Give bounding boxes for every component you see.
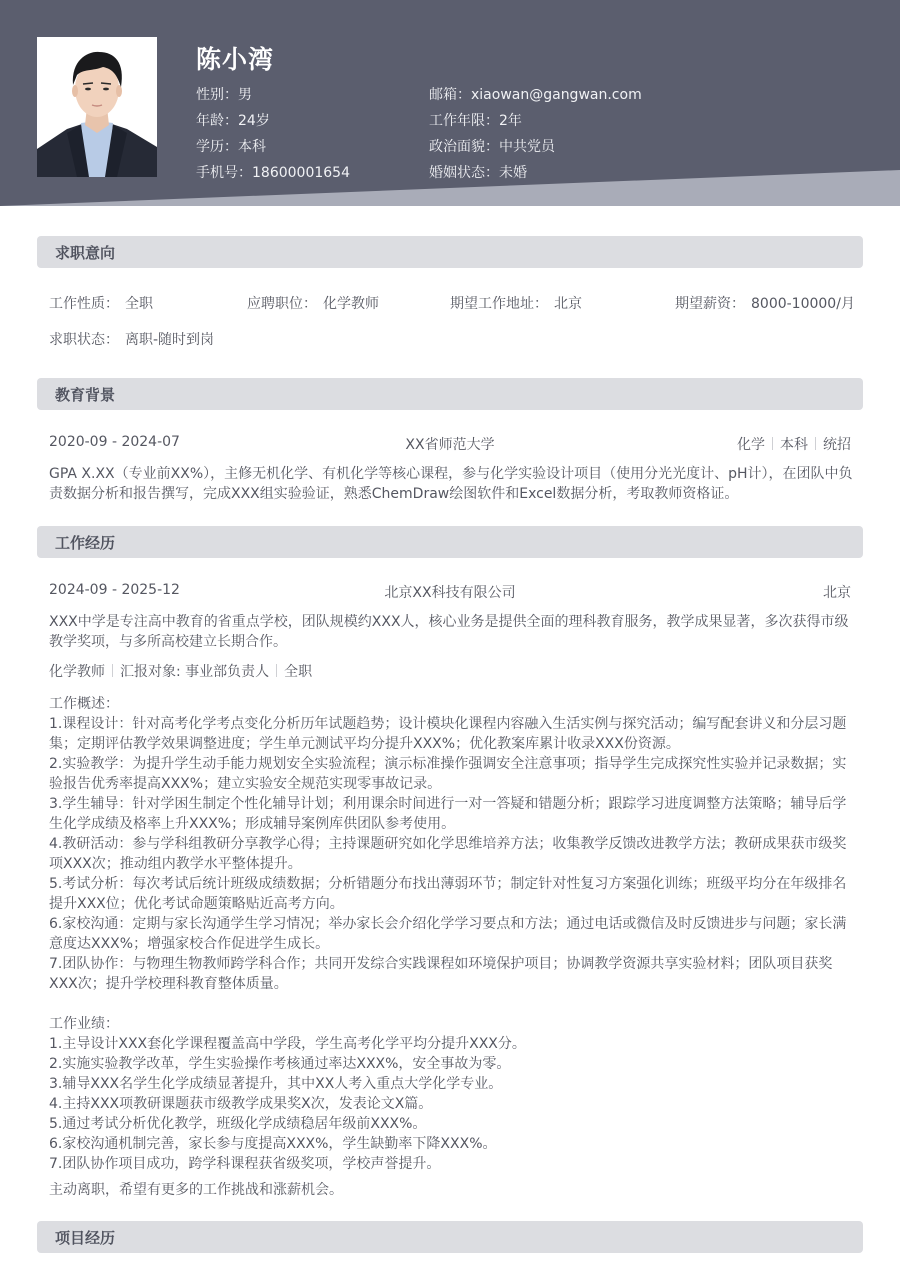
achievement-item: 1.主导设计XXX套化学课程覆盖高中学段，学生高考化学平均分提升XXX分。 xyxy=(49,1034,855,1054)
intent-job-type: 工作性质全职 xyxy=(49,293,153,313)
tag-major: 化学 xyxy=(737,437,765,453)
work-entry-header: 2024-09 - 2025-12 北京XX科技有限公司 北京 xyxy=(49,582,851,602)
info-phone: 手机号18600001654 xyxy=(196,162,350,182)
work-location: 北京 xyxy=(823,582,851,602)
overview-item: 3.学生辅导：针对学困生制定个性化辅导计划；利用课余时间进行一对一答疑和错题分析… xyxy=(49,794,855,834)
work-tags: 化学教师汇报对象: 事业部负责人全职 xyxy=(49,661,312,681)
section-title: 教育背景 xyxy=(55,384,115,405)
overview-item: 2.实验教学：为提升学生动手能力规划安全实验流程；演示标准操作强调安全注意事项；… xyxy=(49,754,855,794)
education-entry-header: 2020-09 - 2024-07 XX省师范大学 化学本科统招 xyxy=(49,434,851,454)
overview-item: 5.考试分析：每次考试后统计班级成绩数据；分析错题分布找出薄弱环节；制定针对性复… xyxy=(49,874,855,914)
tag-report-to: 汇报对象: 事业部负责人 xyxy=(105,664,269,680)
education-school: XX省师范大学 xyxy=(49,434,851,454)
work-details: 工作概述： 1.课程设计：针对高考化学考点变化分析历年试题趋势；设计模块化课程内… xyxy=(49,694,855,1200)
portrait-icon xyxy=(37,37,157,177)
company-intro: XXX中学是专注高中教育的省重点学校，团队规模约XXX人，核心业务是提供全面的理… xyxy=(49,612,855,652)
achievement-item: 2.实施实验教学改革，学生实验操作考核通过率达XXX%，安全事故为零。 xyxy=(49,1054,855,1074)
info-age: 年龄24岁 xyxy=(196,110,270,130)
section-job-intent: 求职意向 xyxy=(37,236,863,268)
section-education: 教育背景 xyxy=(37,378,863,410)
candidate-name: 陈小湾 xyxy=(196,40,274,76)
achievement-item: 4.主持XXX项教研课题获市级教学成果奖X次，发表论文X篇。 xyxy=(49,1094,855,1114)
section-title: 项目经历 xyxy=(55,1227,115,1248)
tag-enrollment: 统招 xyxy=(808,437,851,453)
achievements-title: 工作业绩： xyxy=(49,1014,855,1034)
intent-salary: 期望薪资8000-10000/月 xyxy=(675,293,855,313)
education-tags: 化学本科统招 xyxy=(737,434,851,454)
spacer xyxy=(49,994,855,1014)
intent-location: 期望工作地址北京 xyxy=(450,293,582,313)
leave-reason: 主动离职，希望有更多的工作挑战和涨薪机会。 xyxy=(49,1180,855,1200)
info-marital-status: 婚姻状态未婚 xyxy=(429,162,527,182)
overview-item: 6.家校沟通：定期与家长沟通学生学习情况；举办家长会介绍化学学习要点和方法；通过… xyxy=(49,914,855,954)
overview-item: 4.教研活动：参与学科组教研分享教学心得；主持课题研究如化学思维培养方法；收集教… xyxy=(49,834,855,874)
overview-item: 1.课程设计：针对高考化学考点变化分析历年试题趋势；设计模块化课程内容融入生活实… xyxy=(49,714,855,754)
education-description: GPA X.XX（专业前XX%），主修无机化学、有机化学等核心课程，参与化学实验… xyxy=(49,464,855,504)
info-email: 邮箱xiaowan@gangwan.com xyxy=(429,84,642,104)
info-gender: 性别男 xyxy=(196,84,252,104)
profile-photo xyxy=(37,37,157,177)
achievement-item: 6.家校沟通机制完善，家长参与度提高XXX%，学生缺勤率下降XXX%。 xyxy=(49,1134,855,1154)
intent-position: 应聘职位化学教师 xyxy=(247,293,379,313)
section-projects: 项目经历 xyxy=(37,1221,863,1253)
info-work-years: 工作年限2年 xyxy=(429,110,522,130)
resume-header: 陈小湾 性别男 年龄24岁 学历本科 手机号18600001654 邮箱xiao… xyxy=(0,0,900,206)
tag-role: 化学教师 xyxy=(49,664,105,680)
achievement-item: 7.团队协作项目成功，跨学科课程获省级奖项，学校声誉提升。 xyxy=(49,1154,855,1174)
achievement-item: 3.辅导XXX名学生化学成绩显著提升，其中XX人考入重点大学化学专业。 xyxy=(49,1074,855,1094)
section-title: 工作经历 xyxy=(55,532,115,553)
intent-status: 求职状态离职-随时到岗 xyxy=(49,329,214,349)
tag-degree: 本科 xyxy=(765,437,808,453)
section-title: 求职意向 xyxy=(55,242,115,263)
overview-title: 工作概述： xyxy=(49,694,855,714)
tag-employment-type: 全职 xyxy=(269,664,312,680)
overview-item: 7.团队协作：与物理生物教师跨学科合作；共同开发综合实践课程如环境保护项目；协调… xyxy=(49,954,855,994)
info-education: 学历本科 xyxy=(196,136,266,156)
work-company: 北京XX科技有限公司 xyxy=(49,582,851,602)
info-political-status: 政治面貌中共党员 xyxy=(429,136,555,156)
section-work-experience: 工作经历 xyxy=(37,526,863,558)
achievement-item: 5.通过考试分析优化教学，班级化学成绩稳居年级前XXX%。 xyxy=(49,1114,855,1134)
